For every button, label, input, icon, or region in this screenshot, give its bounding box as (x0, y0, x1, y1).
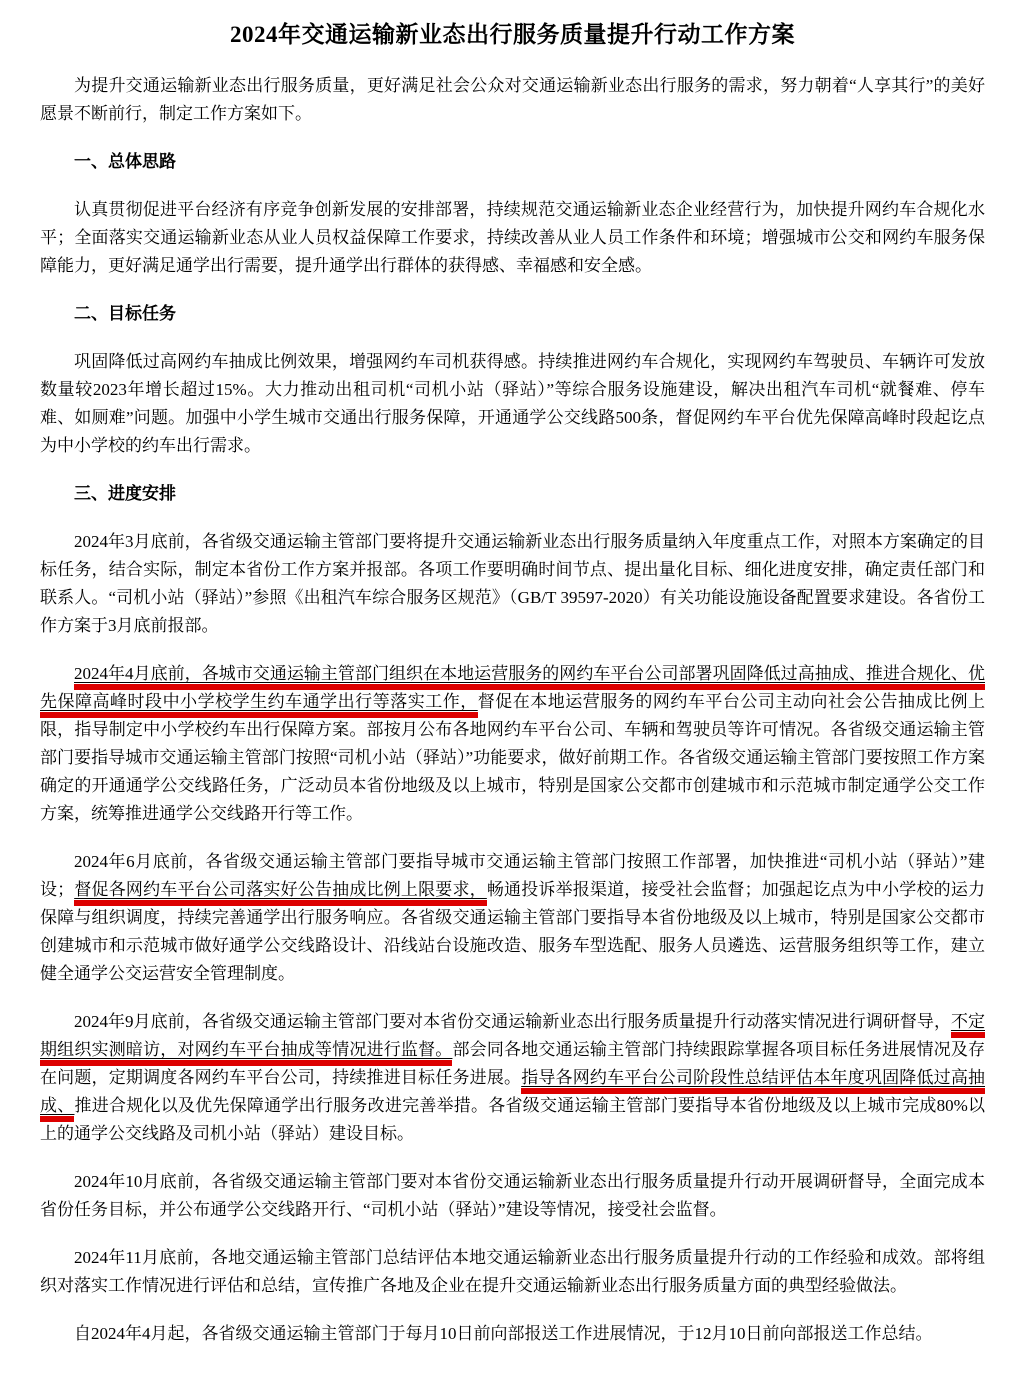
paragraph-target-tasks: 巩固降低过高网约车抽成比例效果，增强网约车司机获得感。持续推进网约车合规化，实现… (40, 348, 985, 460)
paragraph-october-deadline: 2024年10月底前，各省级交通运输主管部门要对本省份交通运输新业态出行服务质量… (40, 1168, 985, 1224)
paragraph-overall-approach: 认真贯彻促进平台经济有序竞争创新发展的安排部署，持续规范交通运输新业态企业经营行… (40, 196, 985, 280)
section-heading-schedule: 三、进度安排 (40, 480, 985, 508)
section-heading-overall-approach: 一、总体思路 (40, 148, 985, 176)
section-heading-target-tasks: 二、目标任务 (40, 300, 985, 328)
red-underlined-text-june: 督促各网约车平台公司落实好公告抽成比例上限要求， (74, 880, 487, 906)
paragraph-november-deadline: 2024年11月底前，各地交通运输主管部门总结评估本地交通运输新业态出行服务质量… (40, 1244, 985, 1300)
document-page: 2024年交通运输新业态出行服务质量提升行动工作方案 为提升交通运输新业态出行服… (0, 0, 1018, 1376)
intro-paragraph: 为提升交通运输新业态出行服务质量，更好满足社会公众对交通运输新业态出行服务的需求… (40, 72, 985, 128)
paragraph-monthly-reporting: 自2024年4月起，各省级交通运输主管部门于每月10日前向部报送工作进展情况，于… (40, 1320, 985, 1348)
paragraph-september-lead: 2024年9月底前，各省级交通运输主管部门要对本省份交通运输新业态出行服务质量提… (74, 1012, 951, 1031)
paragraph-september-rest: 推进合规化以及优先保障通学出行服务改进完善举措。各省级交通运输主管部门要指导本省… (40, 1096, 985, 1143)
paragraph-september-deadline: 2024年9月底前，各省级交通运输主管部门要对本省份交通运输新业态出行服务质量提… (40, 1008, 985, 1148)
paragraph-april-deadline: 2024年4月底前，各城市交通运输主管部门组织在本地运营服务的网约车平台公司部署… (40, 660, 985, 828)
document-title: 2024年交通运输新业态出行服务质量提升行动工作方案 (40, 18, 985, 52)
paragraph-june-deadline: 2024年6月底前，各省级交通运输主管部门要指导城市交通运输主管部门按照工作部署… (40, 848, 985, 988)
paragraph-march-deadline: 2024年3月底前，各省级交通运输主管部门要将提升交通运输新业态出行服务质量纳入… (40, 528, 985, 640)
